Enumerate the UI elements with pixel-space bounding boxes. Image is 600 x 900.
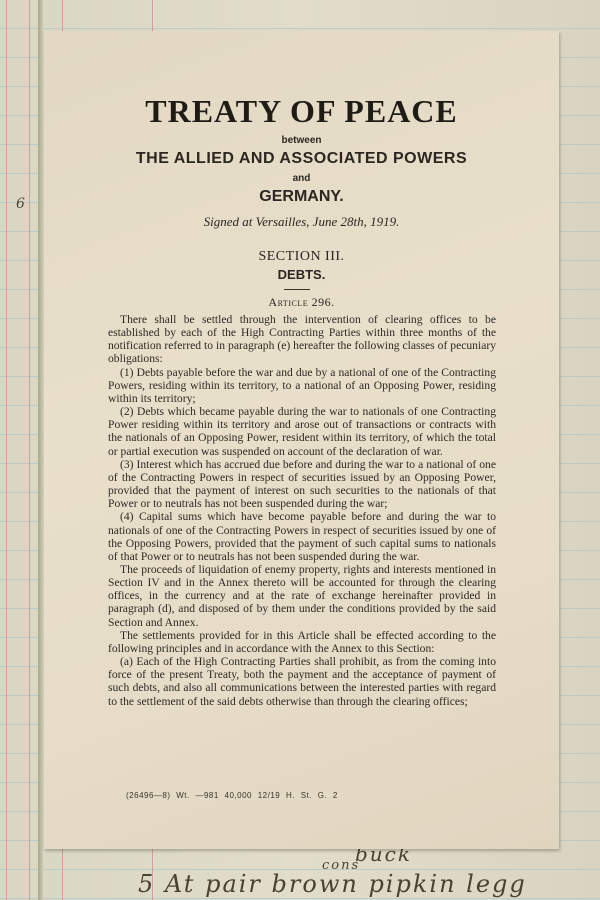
signed-line: Signed at Versailles, June 28th, 1919. — [44, 214, 559, 230]
paragraph: (1) Debts payable before the war and due… — [108, 366, 496, 405]
ledger-handwriting: 5 At pair brown pipkin legg — [138, 870, 527, 898]
paragraph: (a) Each of the High Contracting Parties… — [108, 655, 496, 708]
parties-heading: THE ALLIED AND ASSOCIATED POWERS — [44, 150, 559, 168]
document-title: TREATY OF PEACE — [44, 93, 559, 130]
paragraph: (2) Debts which became payable during th… — [108, 405, 496, 458]
article-body: There shall be settled through the inter… — [108, 313, 496, 708]
divider — [284, 289, 310, 290]
section-title: DEBTS. — [44, 267, 559, 282]
print-imprint: (26496—8) Wt. —981 40,000 12/19 H. St. G… — [126, 791, 338, 800]
paragraph: (4) Capital sums which have become payab… — [108, 510, 496, 563]
paragraph: (3) Interest which has accrued due befor… — [108, 458, 496, 511]
between-label: between — [44, 135, 559, 146]
and-label: and — [44, 173, 559, 184]
paragraph: The settlements provided for in this Art… — [108, 629, 496, 655]
section-heading: SECTION III. — [44, 249, 559, 265]
article-heading: Article 296. — [44, 295, 559, 310]
treaty-page: TREATY OF PEACE between THE ALLIED AND A… — [44, 31, 559, 849]
ledger-margin-rule — [29, 0, 30, 900]
ledger-margin-number: 6 — [16, 196, 27, 212]
ledger-binding — [38, 0, 43, 900]
paragraph: The proceeds of liquidation of enemy pro… — [108, 563, 496, 629]
ledger-margin-rule — [6, 0, 7, 900]
paragraph: There shall be settled through the inter… — [108, 313, 496, 366]
counterparty-heading: GERMANY. — [44, 188, 559, 206]
